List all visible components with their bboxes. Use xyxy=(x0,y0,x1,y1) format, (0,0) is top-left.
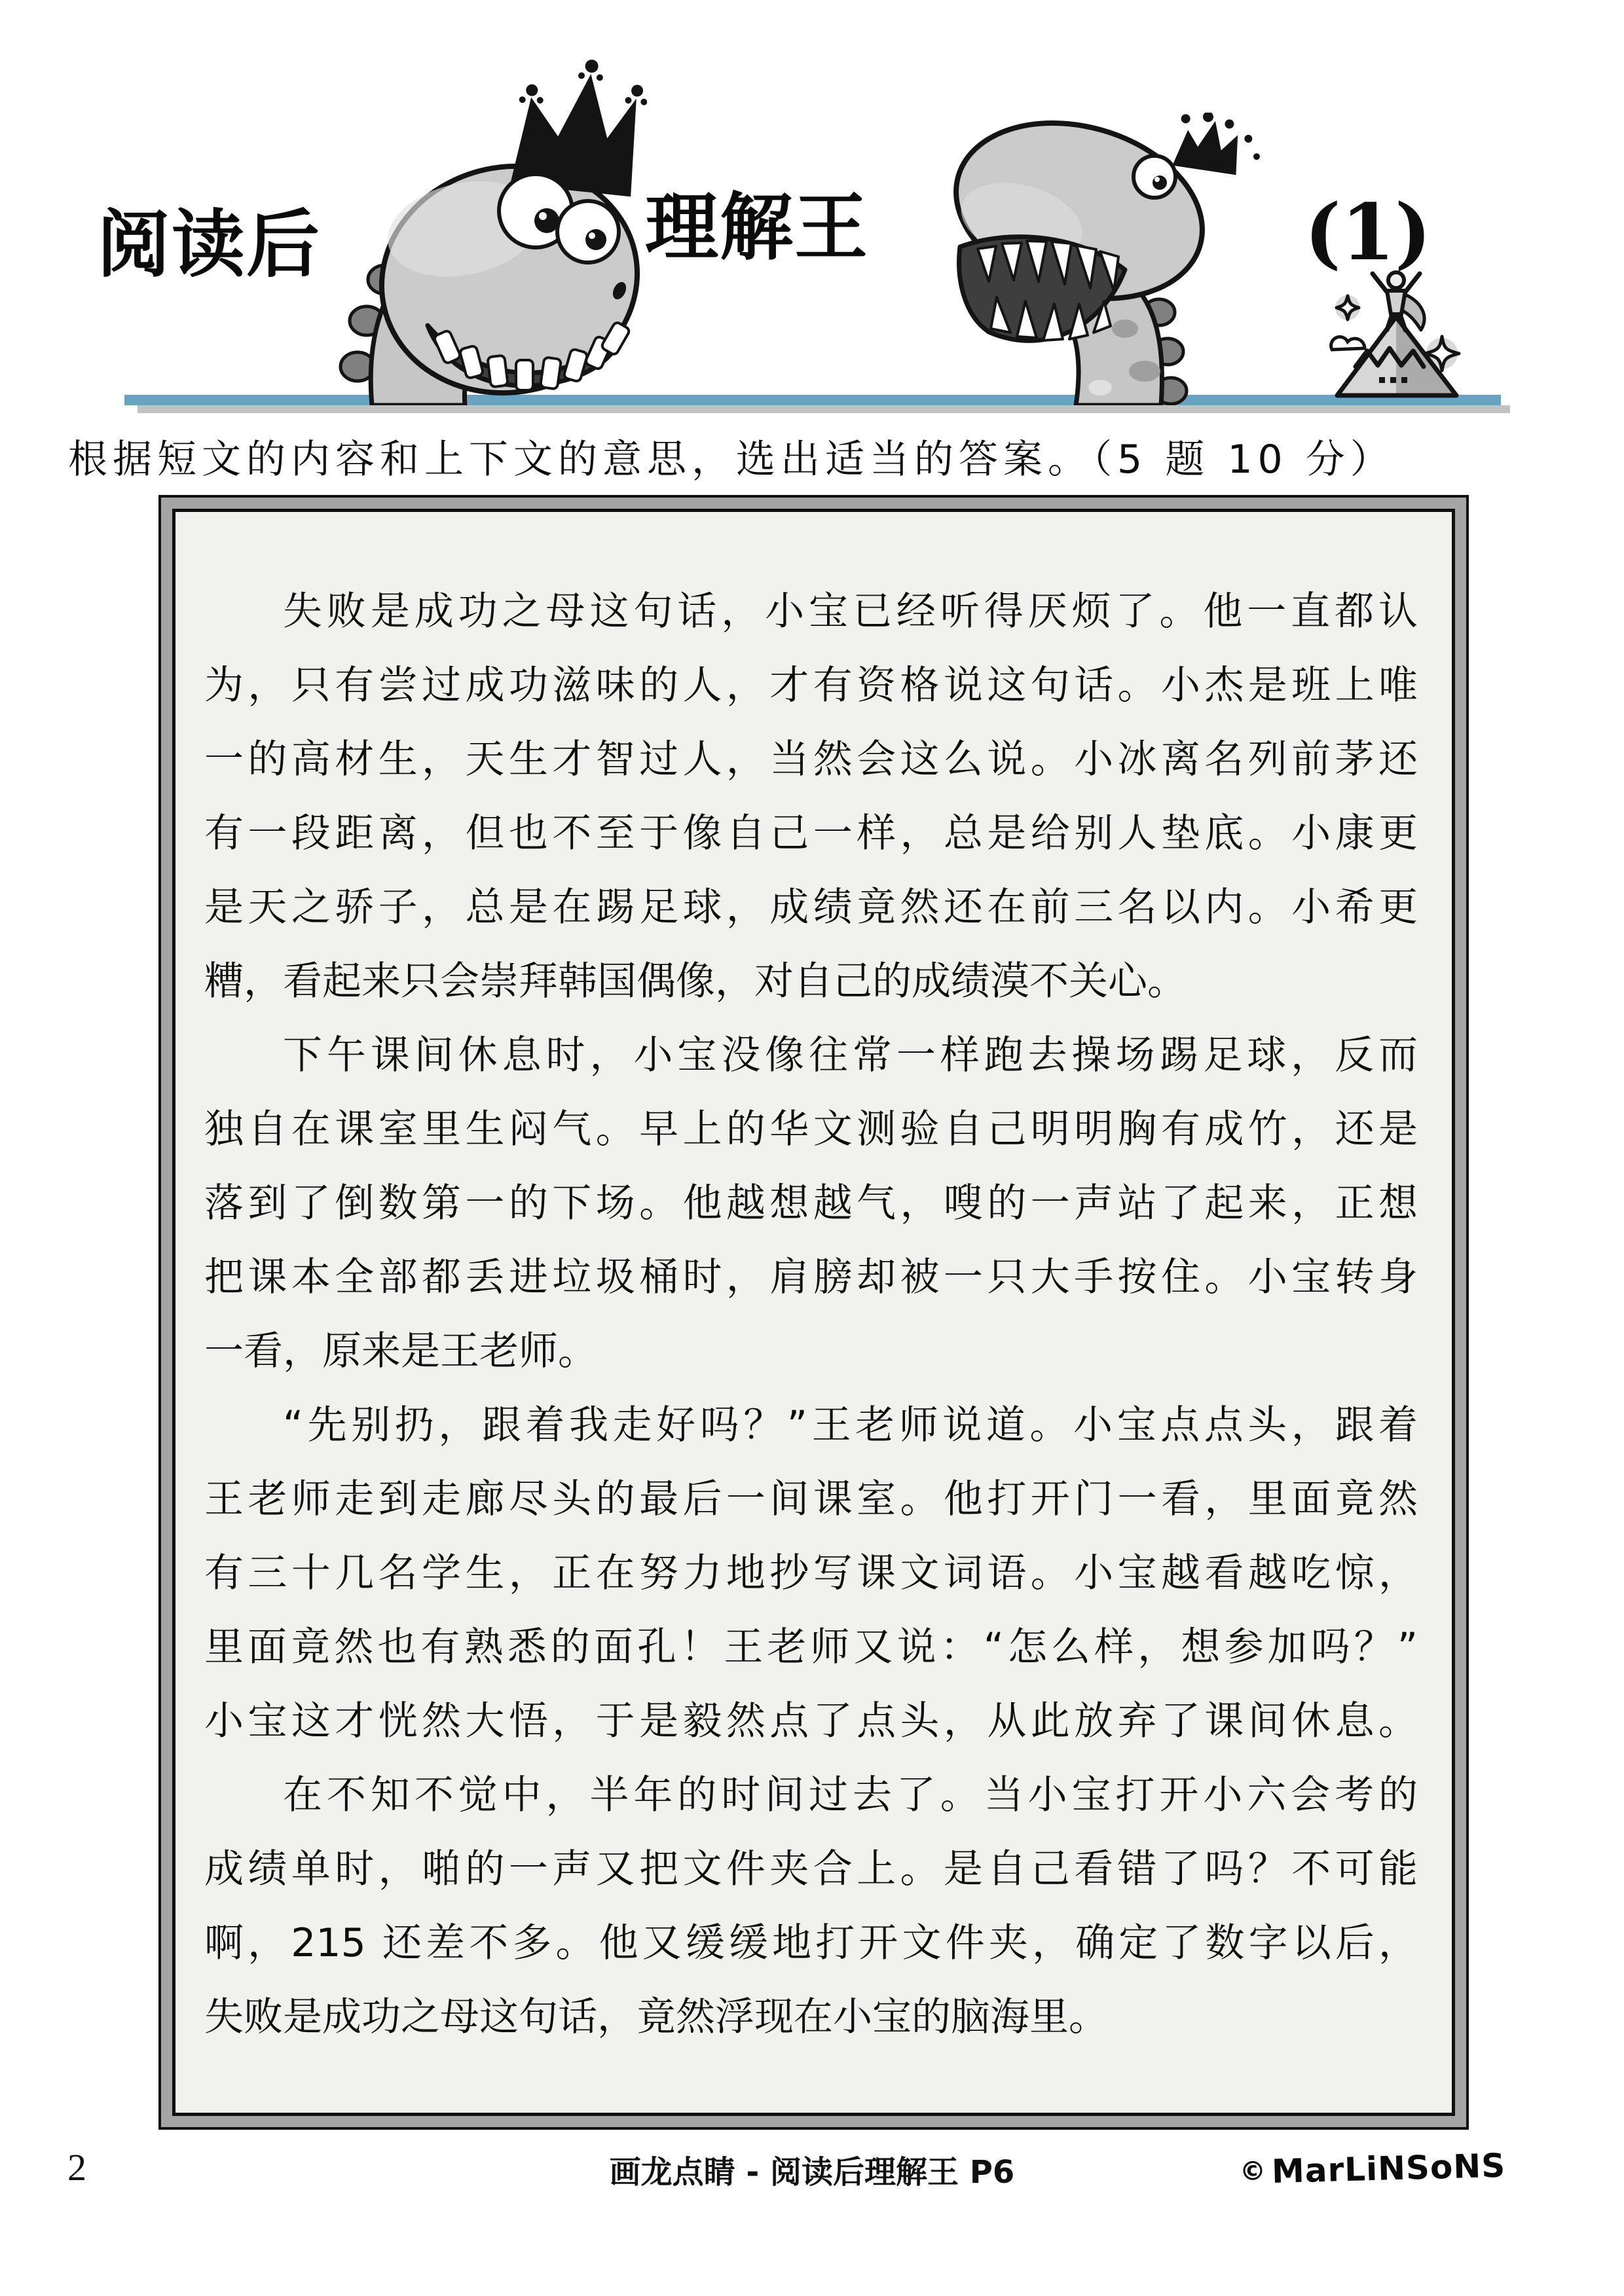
neck-spot xyxy=(1088,380,1112,395)
brand-name: MarLiNSoNS xyxy=(1271,2147,1506,2191)
passage-frame: 失败是成功之母这句话，小宝已经听得厌烦了。他一直都认 为，只有尝过成功滋味的人，… xyxy=(158,495,1469,2130)
passage-line: 把课本全部都丢进垃圾桶时，肩膀却被一只大手按住。小宝转身 xyxy=(204,1241,1418,1315)
passage-line: 小宝这才恍然大悟，于是毅然点了点头，从此放弃了课间休息。 xyxy=(204,1685,1418,1758)
passage-line: 有一段距离，但也不至于像自己一样，总是给别人垫底。小康更 xyxy=(204,797,1418,871)
footer-title: 画龙点睛 - 阅读后理解王 P6 xyxy=(610,2155,1015,2190)
passage-line: 下午课间休息时，小宝没像往常一样跑去操场踢足球，反而 xyxy=(204,1019,1418,1093)
title-right: 理解王 xyxy=(645,191,869,264)
worksheet-number: (1) xyxy=(1304,194,1431,271)
passage-line: 是天之骄子，总是在踢足球，成绩竟然还在前三名以内。小希更 xyxy=(204,871,1418,945)
crown-icon xyxy=(1171,113,1266,183)
mountain-summit-icon xyxy=(1329,270,1464,399)
reading-passage: 失败是成功之母这句话，小宝已经听得厌烦了。他一直都认 为，只有尝过成功滋味的人，… xyxy=(175,512,1452,2054)
passage-line: 为，只有尝过成功滋味的人，才有资格说这句话。小杰是班上唯 xyxy=(204,649,1418,723)
copyright-icon: © xyxy=(1239,2156,1266,2187)
trex-jaws xyxy=(959,237,1125,341)
neck-spot xyxy=(1129,361,1160,382)
publisher-logo: ©MarLiNSoNS xyxy=(1239,2148,1506,2191)
passage-line: “先别扔，跟着我走好吗？”王老师说道。小宝点点头，跟着 xyxy=(204,1389,1418,1463)
passage-line: 失败是成功之母这句话，竟然浮现在小宝的脑海里。 xyxy=(204,1980,1418,2054)
passage-line: 糟，看起来只会崇拜韩国偶像，对自己的成绩漠不关心。 xyxy=(204,945,1418,1019)
passage-paper: 失败是成功之母这句话，小宝已经听得厌烦了。他一直都认 为，只有尝过成功滋味的人，… xyxy=(172,509,1455,2116)
title-left: 阅读后 xyxy=(97,208,321,282)
passage-line: 落到了倒数第一的下场。他越想越气，嗖的一声站了起来，正想 xyxy=(204,1167,1418,1241)
passage-line: 啊，215 还差不多。他又缓缓地打开文件夹，确定了数字以后， xyxy=(204,1906,1418,1980)
neck-spot xyxy=(1112,319,1138,338)
trex-eye xyxy=(1134,156,1175,198)
passage-line: 里面竟然也有熟悉的面孔！王老师又说：“怎么样，想参加吗？” xyxy=(204,1611,1418,1685)
passage-line: 在不知不觉中，半年的时间过去了。当小宝打开小六会考的 xyxy=(204,1758,1418,1832)
passage-line: 一看，原来是王老师。 xyxy=(204,1315,1418,1389)
page-number: 2 xyxy=(67,2149,86,2187)
passage-line: 有三十几名学生，正在努力地抄写课文词语。小宝越看越吃惊， xyxy=(204,1537,1418,1611)
instruction-text: 根据短文的内容和上下文的意思，选出适当的答案。（5 题 10 分） xyxy=(68,436,1395,483)
passage-line: 成绩单时，啪的一声又把文件夹合上。是自己看错了吗？不可能 xyxy=(204,1832,1418,1906)
divider-shadow xyxy=(138,405,1510,413)
passage-line: 独自在课室里生闷气。早上的华文测验自己明明胸有成竹，还是 xyxy=(204,1093,1418,1167)
dinosaur-left-illustration xyxy=(306,54,647,405)
passage-line: 一的高材生，天生才智过人，当然会这么说。小冰离名列前茅还 xyxy=(204,723,1418,797)
cloud-icon xyxy=(1331,337,1365,350)
passage-line: 失败是成功之母这句话，小宝已经听得厌烦了。他一直都认 xyxy=(204,575,1418,649)
passage-line: 王老师走到走廊尽头的最后一间课室。他打开门一看，里面竟然 xyxy=(204,1463,1418,1537)
dinosaur-right-illustration xyxy=(929,113,1272,405)
